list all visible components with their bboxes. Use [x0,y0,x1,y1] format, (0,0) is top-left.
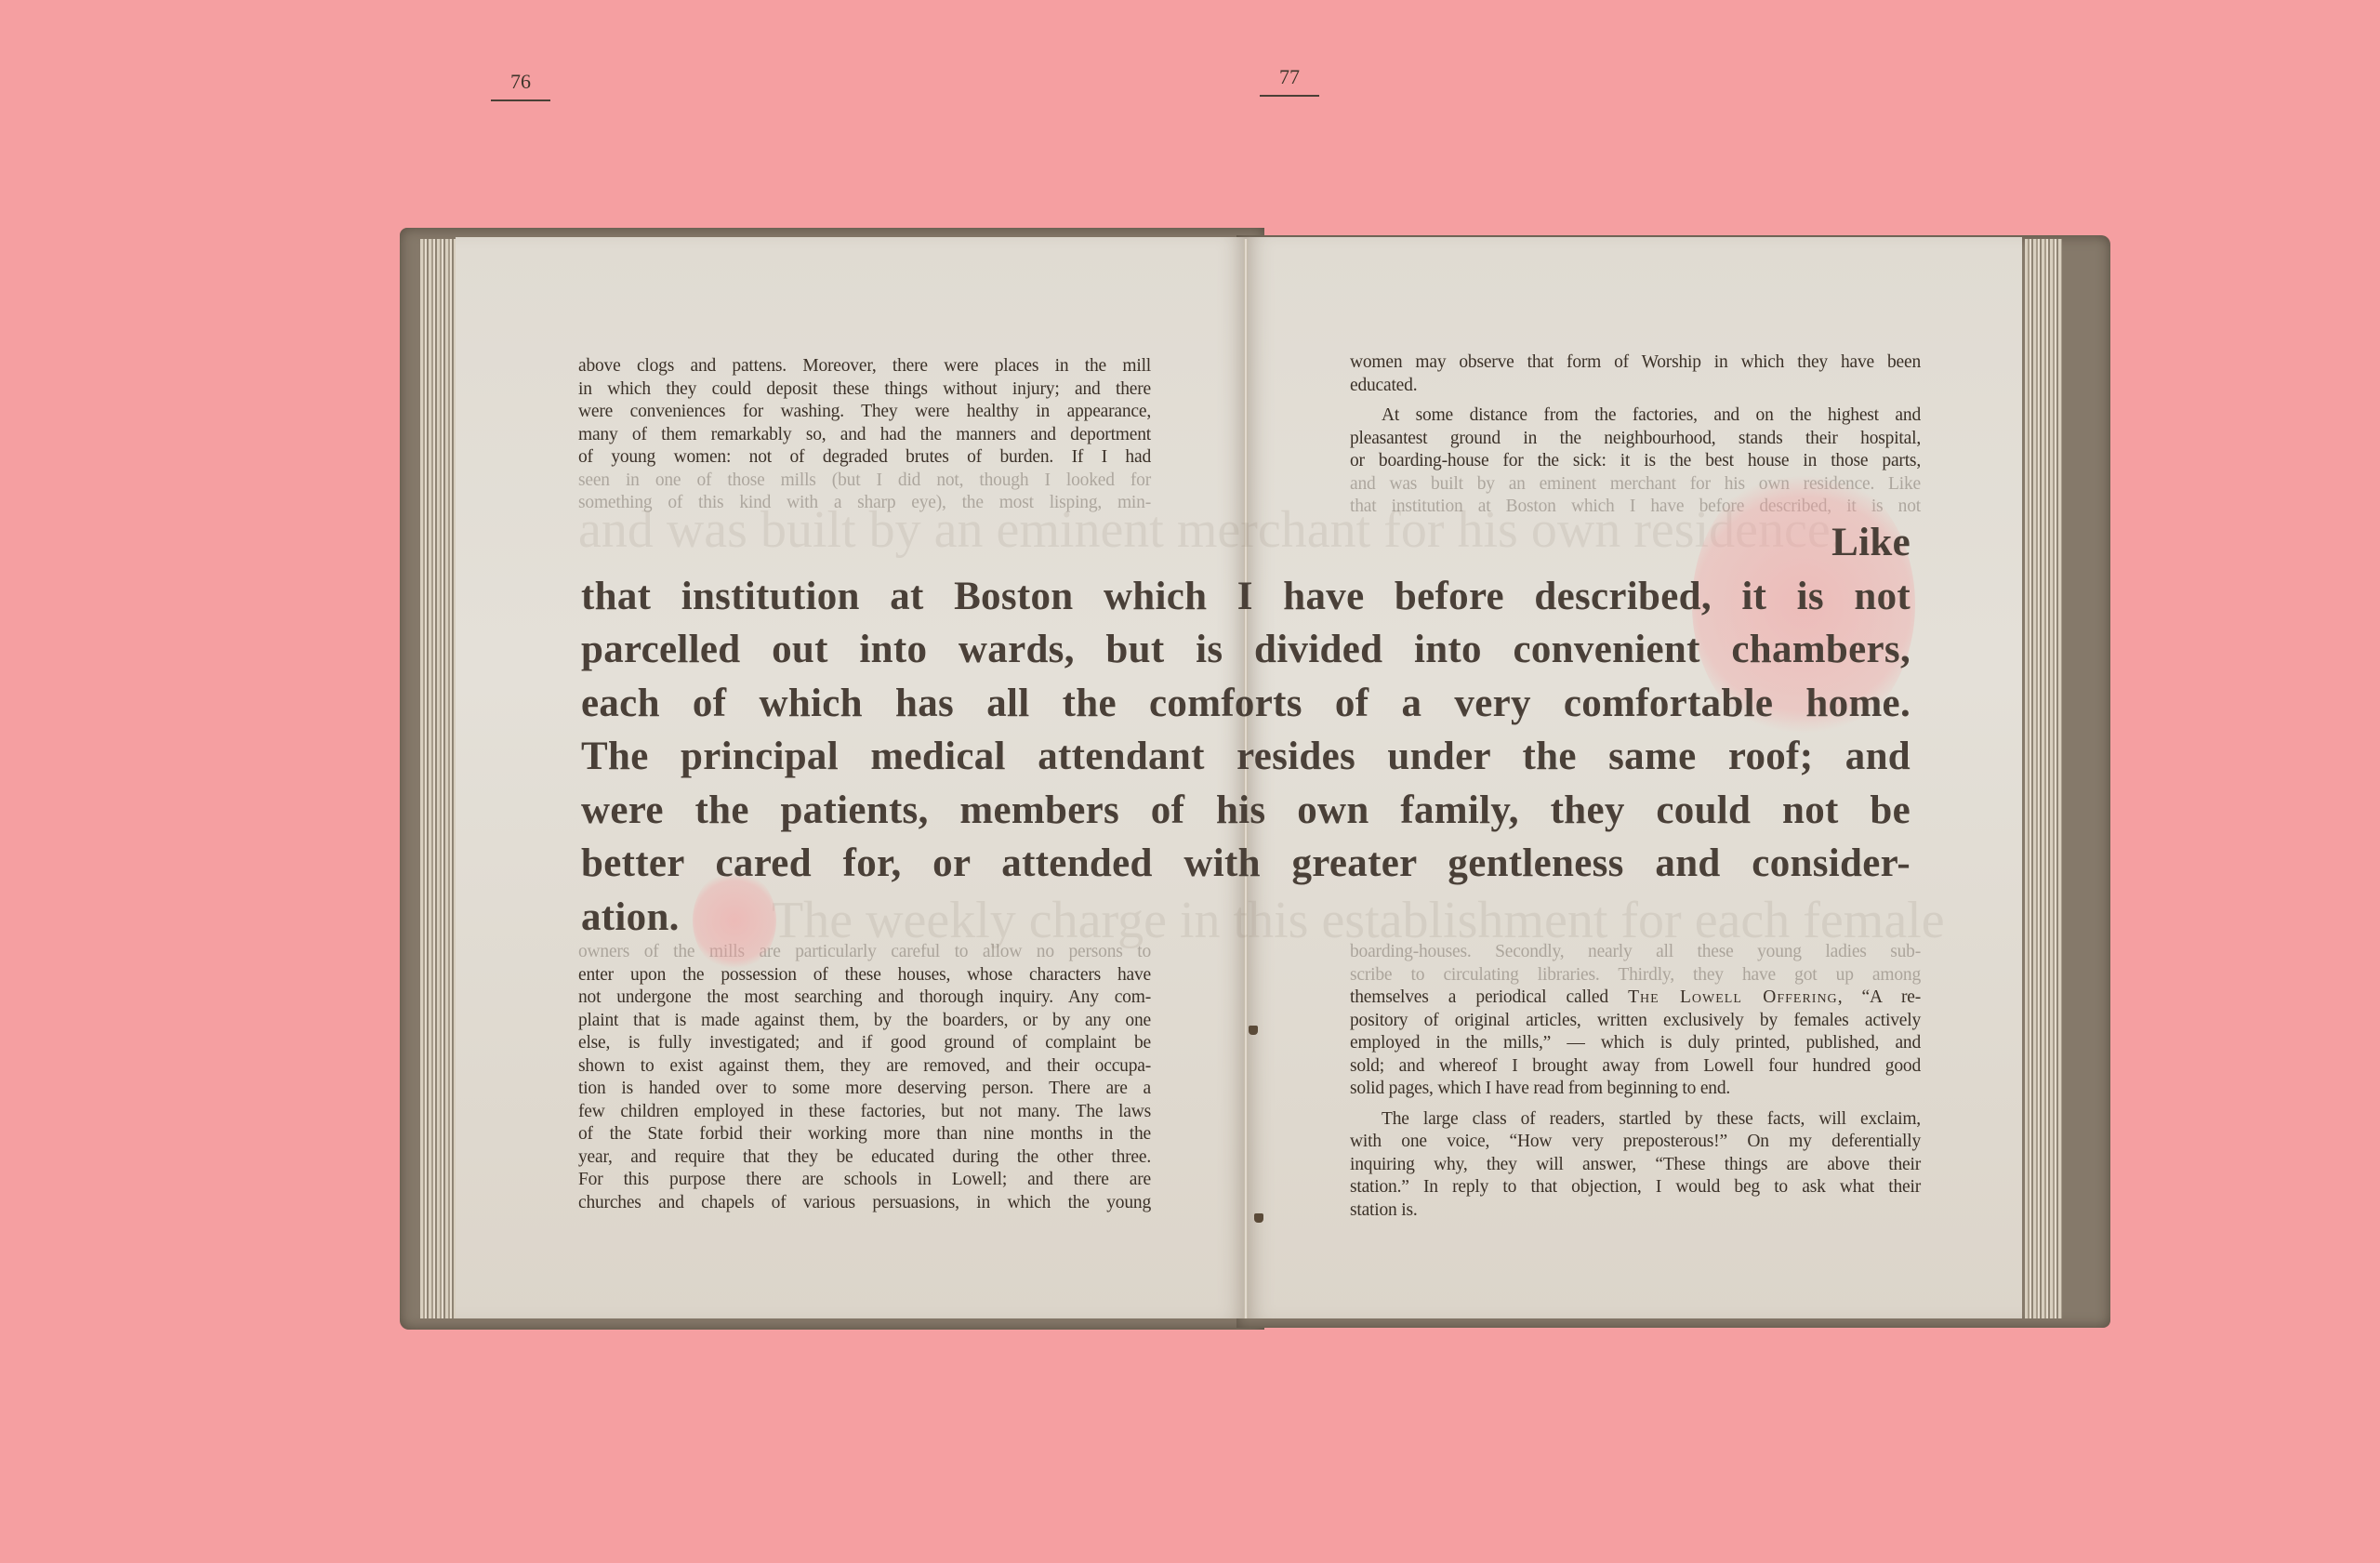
text-line: sold; and whereof I brought away from Lo… [1350,1055,1921,1079]
left-page-top-text: above clogs and pattens. Moreover, there… [578,355,1151,515]
right-page-bottom-text: boarding-houses. Secondly, nearly all th… [1350,941,1921,1222]
faded-text-line: scribe to circulating libraries. Thirdly… [1350,964,1921,987]
text-line: else, is fully investigated; and if good… [578,1032,1151,1055]
overlay-line: that institution at Boston which I have … [581,570,1911,624]
page-edges-left [420,239,457,1318]
text-line: not undergone the most searching and tho… [578,987,1151,1010]
text-segment: , “A re- [1838,987,1921,1007]
overlay-line: each of which has all the comforts of a … [581,677,1911,731]
page-number-left: 76 [465,70,576,101]
text-line: of young women: not of degraded brutes o… [578,446,1151,470]
text-line: in which they could deposit these things… [578,378,1151,402]
enlarged-text-overlay: Like that institution at Boston which I … [581,516,1911,944]
overlay-line: Like [581,516,1911,570]
text-line: of the State forbid their working more t… [578,1123,1151,1146]
text-line: inquiring why, they will answer, “These … [1350,1154,1921,1177]
text-line: pleasantest ground in the neighbourhood,… [1350,428,1921,451]
text-line: with one voice, “How very preposterous!”… [1350,1131,1921,1154]
overlay-line: parcelled out into wards, but is divided… [581,623,1911,677]
text-line: educated. [1350,375,1921,398]
text-line: many of them remarkably so, and had the … [578,424,1151,447]
text-line: or boarding-house for the sick: it is th… [1350,450,1921,473]
left-page-bottom-text: owners of the mills are particularly car… [578,941,1151,1214]
faded-text-line: owners of the mills are particularly car… [578,941,1151,964]
text-line: employed in the mills,” — which is duly … [1350,1032,1921,1055]
text-segment: themselves a periodical called [1350,987,1628,1007]
periodical-title: The Lowell Offering [1628,987,1838,1007]
text-line: plaint that is made against them, by the… [578,1010,1151,1033]
text-line: were conveniences for washing. They were… [578,401,1151,424]
faded-text-line: seen in one of those mills (but I did no… [578,470,1151,493]
binding-stitch [1254,1213,1263,1223]
text-line-offering: themselves a periodical called The Lowel… [1350,987,1921,1010]
page-edges-right [2025,239,2062,1318]
text-line: year, and require that they be educated … [578,1146,1151,1170]
text-line: enter upon the possession of these house… [578,964,1151,987]
text-line: At some distance from the factories, and… [1350,404,1921,428]
text-line: station is. [1350,1199,1921,1223]
text-line: The large class of readers, startled by … [1350,1108,1921,1132]
page-number-right: 77 [1234,65,1345,97]
text-line: solid pages, which I have read from begi… [1350,1078,1921,1101]
faded-text-line: boarding-houses. Secondly, nearly all th… [1350,941,1921,964]
text-line: tion is handed over to some more deservi… [578,1078,1151,1101]
text-line: station.” In reply to that objection, I … [1350,1176,1921,1199]
text-line: For this purpose there are schools in Lo… [578,1169,1151,1192]
overlay-line: better cared for, or attended with great… [581,837,1911,891]
text-line: churches and chapels of various persuasi… [578,1192,1151,1215]
text-line: shown to exist against them, they are re… [578,1055,1151,1079]
overlay-line: ation. [581,891,1911,945]
text-line: pository of original articles, written e… [1350,1010,1921,1033]
overlay-line: The principal medical attendant resides … [581,730,1911,784]
text-line: above clogs and pattens. Moreover, there… [578,355,1151,378]
binding-stitch [1249,1026,1258,1035]
faded-text-line: something of this kind with a sharp eye)… [578,492,1151,515]
overlay-line: were the patients, members of his own fa… [581,784,1911,838]
text-line: women may observe that form of Worship i… [1350,351,1921,375]
text-line: few children employed in these factories… [578,1101,1151,1124]
